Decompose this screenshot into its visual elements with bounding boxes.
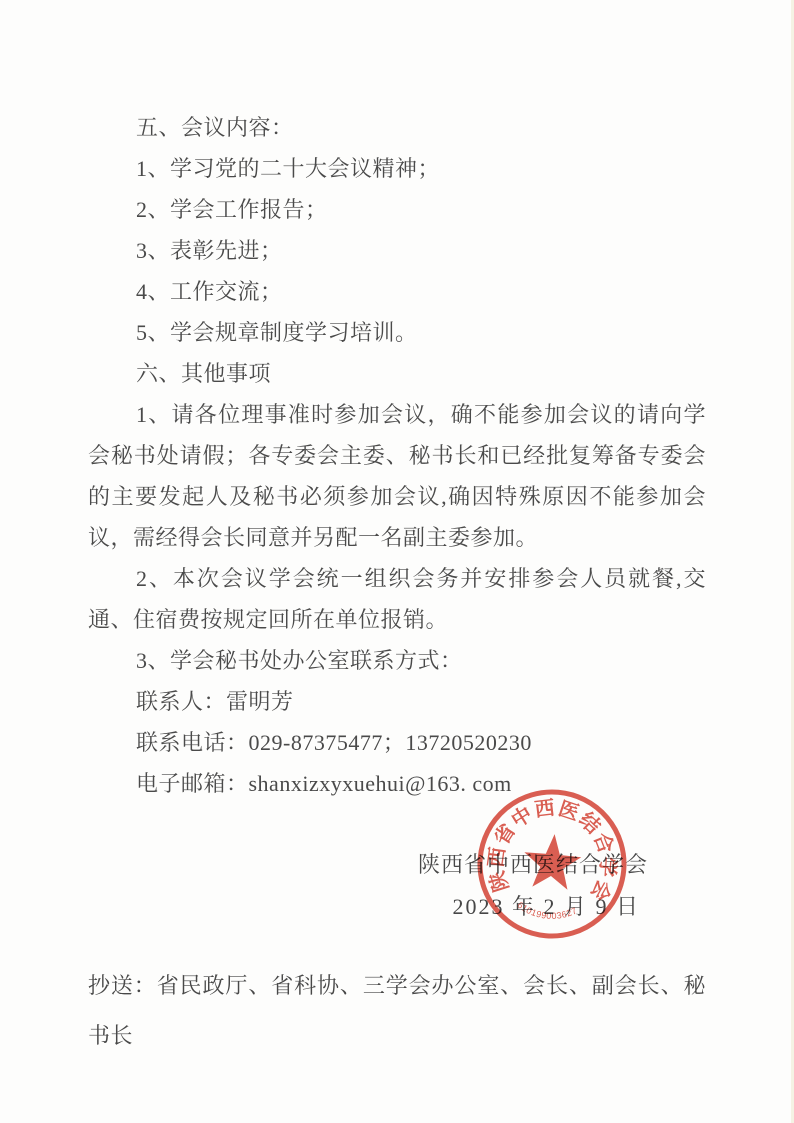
contact-person: 联系人：雷明芳 <box>88 681 706 722</box>
section5-item-4: 4、工作交流； <box>88 271 706 312</box>
cc-footer: 抄送：省民政厅、省科协、三学会办公室、会长、副会长、秘书长 <box>88 961 706 1061</box>
section5-item-5: 5、学会规章制度学习培训。 <box>88 312 706 353</box>
section6-heading: 六、其他事项 <box>88 353 706 394</box>
official-seal: 陕西省中西医结合学会 6101990036276 <box>467 779 637 949</box>
section5-item-3: 3、表彰先进； <box>88 230 706 271</box>
seal-serial-number: 6101990036276 <box>467 779 591 923</box>
section5-item-2: 2、学会工作报告； <box>88 189 706 230</box>
section6-paragraph-2: 2、本次会议学会统一组织会务并安排参会人员就餐,交通、住宿费按规定回所在单位报销… <box>88 558 706 640</box>
document-body: 五、会议内容： 1、学习党的二十大会议精神； 2、学会工作报告； 3、表彰先进；… <box>88 107 706 804</box>
seal-number-holder: 6101990036276 <box>467 779 591 923</box>
document-page: 五、会议内容： 1、学习党的二十大会议精神； 2、学会工作报告； 3、表彰先进；… <box>0 0 794 1123</box>
section5-item-1: 1、学习党的二十大会议精神； <box>88 148 706 189</box>
section6-paragraph-3: 3、学会秘书处办公室联系方式： <box>88 640 706 681</box>
section6-paragraph-1: 1、请各位理事准时参加会议，确不能参加会议的请向学会秘书处请假；各专委会主委、秘… <box>88 394 706 558</box>
contact-phone: 联系电话：029-87375477；13720520230 <box>88 722 706 763</box>
section5-heading: 五、会议内容： <box>88 107 706 148</box>
star-icon <box>521 832 583 891</box>
